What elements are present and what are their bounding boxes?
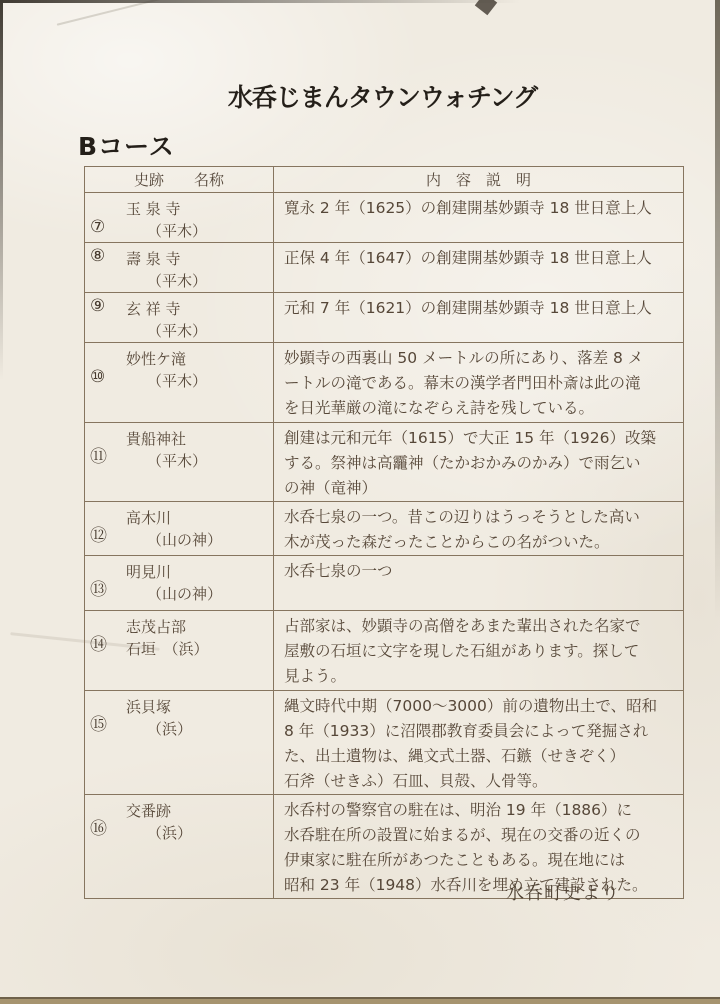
source-note: 水呑町史より (0, 879, 620, 905)
table-row: ⑬ 明見川 （山の神） 水呑七泉の一つ (85, 556, 684, 611)
site-number: ⑭ (85, 611, 126, 654)
site-name: 交番跡 (126, 800, 192, 822)
site-description: 正保 4 年（1647）の創建開基妙顕寺 18 世日意上人 (274, 243, 683, 271)
site-number: ⑫ (85, 502, 126, 545)
site-location: （山の神） (147, 529, 222, 551)
course-heading: Bコース (78, 127, 175, 163)
site-number: ⑩ (85, 343, 126, 386)
site-description: 水呑七泉の一つ (274, 556, 683, 584)
table-row: ⑪ 貴船神社 （平木） 創建は元和元年（1615）で大正 15 年（1926）改… (85, 423, 684, 502)
table-row: ⑮ 浜貝塚 （浜） 縄文時代中期（7000～3000）前の遺物出土で、昭和 8 … (85, 691, 684, 795)
site-number: ⑪ (85, 423, 126, 466)
site-location: （平木） (147, 450, 207, 472)
table-row: ⑧ 壽 泉 寺 （平木） 正保 4 年（1647）の創建開基妙顕寺 18 世日意… (85, 243, 684, 293)
header-site-name: 史跡 名称 (85, 167, 274, 193)
site-name: 高木川 (126, 507, 222, 529)
site-name: 玄 祥 寺 (126, 298, 207, 320)
site-description: 縄文時代中期（7000～3000）前の遺物出土で、昭和 8 年（1933）に沼隈… (274, 691, 683, 794)
table-row: ⑫ 高木川 （山の神） 水呑七泉の一つ。昔この辺りはうっそうとした高い 木が茂っ… (85, 502, 684, 556)
scan-edge-right (715, 0, 720, 620)
site-number: ⑦ (85, 193, 126, 236)
site-name: 志茂占部 (126, 616, 209, 638)
site-name: 壽 泉 寺 (126, 248, 207, 270)
header-description: 内 容 説 明 (274, 167, 684, 193)
table-row: ⑭ 志茂占部 石垣 （浜） 占部家は、妙顕寺の高僧をあまた輩出された名家で 屋敷… (85, 611, 684, 691)
site-location: （平木） (147, 270, 207, 292)
scan-edge-left (0, 0, 3, 380)
site-location: （山の神） (147, 583, 222, 605)
site-location: （浜） (147, 718, 192, 740)
site-description: 占部家は、妙顕寺の高僧をあまた輩出された名家で 屋敷の石垣に文字を現した石組があ… (274, 611, 683, 689)
scan-edge-top (0, 0, 520, 3)
paper-crease (57, 0, 184, 26)
table-row: ⑨ 玄 祥 寺 （平木） 元和 7 年（1621）の創建開基妙顕寺 18 世日意… (85, 293, 684, 343)
site-number: ⑮ (85, 691, 126, 734)
site-description: 元和 7 年（1621）の創建開基妙顕寺 18 世日意上人 (274, 293, 683, 321)
site-name: 妙性ケ滝 (126, 348, 207, 370)
site-number: ⑯ (85, 795, 126, 838)
site-name: 玉 泉 寺 (126, 198, 207, 220)
site-description: 創建は元和元年（1615）で大正 15 年（1926）改築 する。祭神は高龗神（… (274, 423, 683, 501)
scan-edge-bottom (0, 996, 720, 1004)
table-row: ⑦ 玉 泉 寺 （平木） 寛永 2 年（1625）の創建開基妙顕寺 18 世日意… (85, 193, 684, 243)
sites-table: 史跡 名称 内 容 説 明 ⑦ 玉 泉 寺 （平木） 寛永 2 年（1625）の… (84, 166, 684, 899)
site-name: 明見川 (126, 561, 222, 583)
scanned-paper: 水呑じまんタウンウォチング Bコース 史跡 名称 内 容 説 明 ⑦ 玉 泉 寺… (0, 0, 720, 1004)
table-header-row: 史跡 名称 内 容 説 明 (85, 167, 684, 193)
site-description: 妙顕寺の西裏山 50 メートルの所にあり、落差 8 メ ートルの滝である。幕末の… (274, 343, 683, 421)
site-description: 寛永 2 年（1625）の創建開基妙顕寺 18 世日意上人 (274, 193, 683, 221)
site-number: ⑧ (85, 243, 126, 265)
site-location: （平木） (147, 220, 207, 242)
site-name: 貴船神社 (126, 428, 207, 450)
table-row: ⑩ 妙性ケ滝 （平木） 妙顕寺の西裏山 50 メートルの所にあり、落差 8 メ … (85, 343, 684, 423)
site-description: 水呑七泉の一つ。昔この辺りはうっそうとした高い 木が茂った森だったことからこの名… (274, 502, 683, 555)
site-name: 浜貝塚 (126, 696, 192, 718)
site-number: ⑬ (85, 556, 126, 599)
site-location: （浜） (147, 822, 192, 844)
site-location: （平木） (147, 320, 207, 342)
site-number: ⑨ (85, 293, 126, 315)
site-location: 石垣 （浜） (126, 638, 209, 660)
page-title: 水呑じまんタウンウォチング (60, 78, 705, 114)
site-location: （平木） (147, 370, 207, 392)
